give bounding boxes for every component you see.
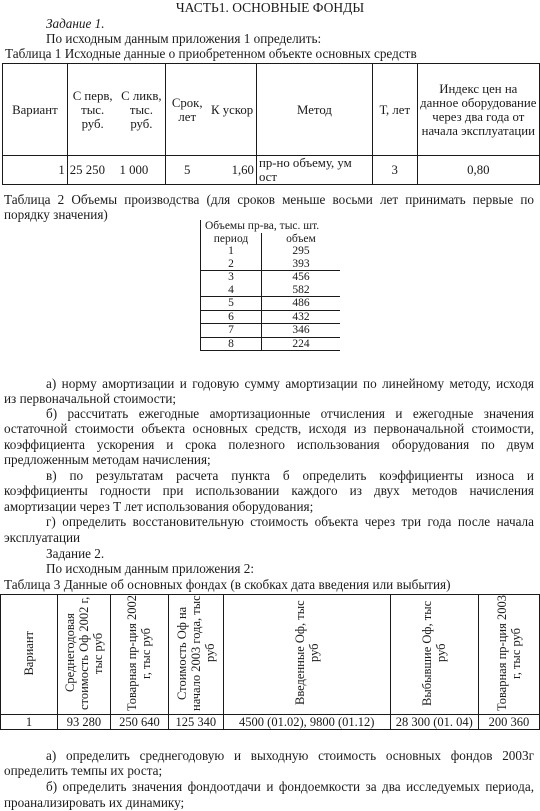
task2-item-b-line2: проанализировать их динамику; [4,795,184,810]
table3-cell: 1 [1,715,58,730]
task1-item-v-line1: в) по результатам расчета пункта б опред… [46,468,534,483]
table3-cell: 28 300 (01. 04) [390,715,478,730]
table2-caption-line2: порядку значения) [4,207,108,222]
table3-caption: Таблица 3 Данные об основных фондах (в с… [4,577,450,592]
task2-heading: Задание 2. [46,546,104,561]
task1-item-a-line1: а) норму амортизации и годовую сумму амо… [46,376,534,391]
task2-item-a-line2: определить темпы их роста; [4,763,162,778]
table1-cell: 25 250 [67,156,117,185]
table3: Вариант Среднегодовая стоимость Оф 2002 … [0,594,540,730]
table3-cell: 125 340 [168,715,223,730]
table2-header-period: период [201,233,262,246]
table-row: 7346 [201,324,341,338]
table-row: 1 93 280 250 640 125 340 4500 (01.02), 9… [1,715,540,730]
table2-group-header: Объемы пр-ва, тыс. шт. [201,220,341,233]
task1-item-b-line1: б) рассчитать ежегодные амортизационные … [46,406,534,421]
table-row: 6432 [201,310,341,324]
table1-cell: 1 [3,156,68,185]
table2-cell: 393 [262,258,341,271]
table1-cell: 1 000 [118,156,166,185]
task1-heading: Задание 1. [46,16,105,31]
table1-cell: пр-но объему, ум ост [256,156,372,185]
table1-header-srok: Срок, лет [166,64,208,156]
task1-item-v-line3: амортизации через Т лет использования об… [4,499,313,514]
table2-cell: 295 [262,245,341,258]
table1-header-c-perv: С перв, тыс. руб. [67,64,117,156]
table-row: 3456 [201,271,341,284]
table3-header-variant: Вариант [1,595,58,715]
table3-cell: 4500 (01.02), 9800 (01.12) [223,715,390,730]
table3-cell: 93 280 [58,715,111,730]
task1-item-v-line2: коэффициенты годности при использовании … [4,483,534,498]
table3-header-introduced: Введенные Оф, тыс руб [223,595,390,715]
table3-header-avg-cost-2002: Среднегодовая стоимость Оф 2002 г, тыс р… [58,595,111,715]
task2-intro: По исходным данным приложения 2: [46,561,254,576]
part-title: ЧАСТЬ1. ОСНОВНЫЕ ФОНДЫ [0,0,540,15]
table1-cell: 3 [372,156,417,185]
table1: Вариант С перв, тыс. руб. С ликв, тыс. р… [2,63,540,185]
table-row: 1 25 250 1 000 5 1,60 пр-но объему, ум о… [3,156,540,185]
table-row: 5486 [201,297,341,311]
table2-cell: 8 [201,337,262,351]
table2-cell: 4 [201,284,262,297]
table-row: 1295 [201,245,341,258]
table2-cell: 456 [262,271,341,284]
table1-header-c-likv: С ликв, тыс. руб. [118,64,166,156]
task2-item-b-line1: б) определить значения фондоотдачи и фон… [46,779,534,794]
table2-cell: 7 [201,324,262,338]
table3-header-output-2003: Товарная пр-ция 2003 г, тыс руб [478,595,539,715]
table1-header-t: Т, лет [372,64,417,156]
table-row: 4582 [201,284,341,297]
table1-header-k-uskor: К ускор [208,64,256,156]
task1-item-g-line2: эксплуатации [4,530,80,545]
table3-cell: 200 360 [478,715,539,730]
table1-cell: 0,80 [417,156,539,185]
table2-cell: 3 [201,271,262,284]
task1-item-b-line4: предложенным методам начисления; [4,452,211,467]
table2-caption-line1: Таблица 2 Объемы производства (для сроко… [4,192,534,207]
table2-cell: 486 [262,297,341,311]
table2-header-volume: объем [262,233,341,246]
table3-cell: 250 640 [110,715,168,730]
table1-header-row: Вариант С перв, тыс. руб. С ликв, тыс. р… [3,64,540,156]
table1-header-variant: Вариант [3,64,68,156]
table2-cell: 5 [201,297,262,311]
table1-cell: 1,60 [208,156,256,185]
table-row: 8224 [201,337,341,351]
task1-item-a-line2: из первоначальной стоимости; [4,391,176,406]
table2-cell: 1 [201,245,262,258]
table2-cell: 2 [201,258,262,271]
task2-item-a-line1: а) определить среднегодовую и выходную с… [46,748,534,763]
table2-cell: 346 [262,324,341,338]
table1-header-method: Метод [256,64,372,156]
table2-cell: 224 [262,337,341,351]
task1-item-g-line1: г) определить восстановительную стоимост… [46,514,534,529]
task1-intro: По исходным данным приложения 1 определи… [46,31,321,46]
table-row: 2393 [201,258,341,271]
task1-item-b-line2: остаточной стоимости объекта основных ср… [4,421,534,436]
table2-cell: 6 [201,310,262,324]
table1-header-price-index: Индекс цен на данное оборудование через … [417,64,539,156]
table3-header-row: Вариант Среднегодовая стоимость Оф 2002 … [1,595,540,715]
table2: Объемы пр-ва, тыс. шт. период объем 1295… [200,220,340,351]
table3-header-cost-start-2003: Стоимость Оф на начало 2003 года, тыс ру… [168,595,223,715]
table1-cell: 5 [166,156,208,185]
table3-header-retired: Выбывшие Оф, тыс руб [390,595,478,715]
table1-caption: Таблица 1 Исходные данные о приобретенно… [5,46,417,61]
table2-cell: 582 [262,284,341,297]
task1-item-b-line3: коэффициента ускорения и срока полезного… [4,437,534,452]
table3-header-output-2002: Товарная пр-ция 2002 г, тыс руб [110,595,168,715]
table2-cell: 432 [262,310,341,324]
